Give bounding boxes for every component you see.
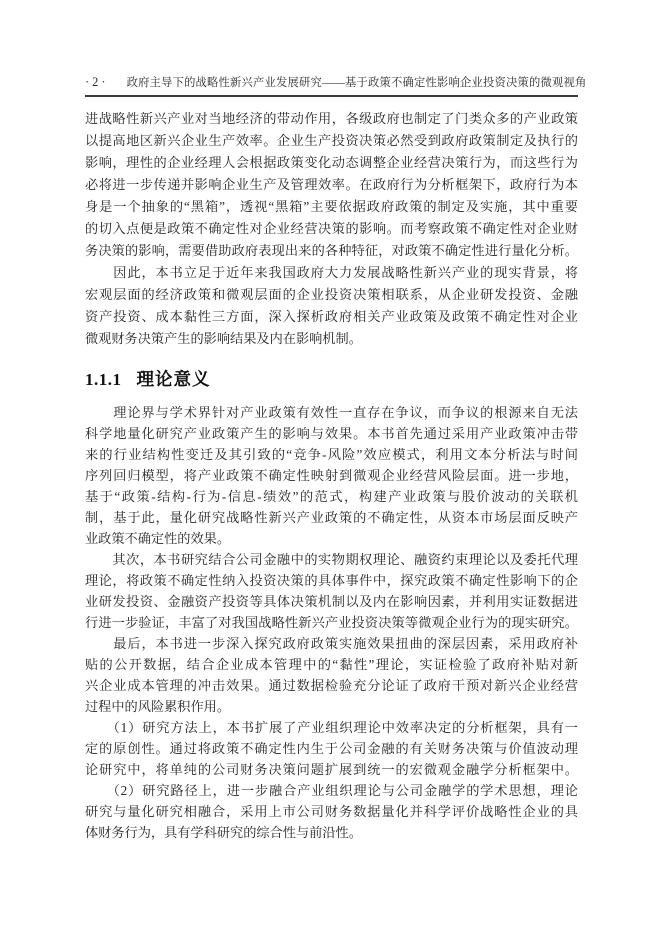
text-line: 业研发投资、金融资产投资等具体决策机制以及内在影响因素，并利用实证数据进 (85, 591, 578, 612)
text-line: 理论，将政策不确定性纳入投资决策的具体事件中，探究政策不确定性影响下的企 (85, 570, 578, 591)
section-heading: 1.1.1理论意义 (85, 366, 578, 392)
running-title: 政府主导下的战略性新兴产业发展研究——基于政策不确定性影响企业投资决策的微观视角 (127, 77, 587, 89)
page: ·2·政府主导下的战略性新兴产业发展研究——基于政策不确定性影响企业投资决策的微… (0, 0, 661, 925)
paragraph: 因此，本书立足于近年来我国政府大力发展战略性新兴产业的现实背景，将宏观层面的经济… (85, 262, 578, 350)
text-line: 业政策不确定性的效果。 (85, 528, 578, 549)
text-line: 序列回归模型，将产业政策不确定性映射到微观企业经营风险层面。进一步地， (85, 465, 578, 486)
text-line: 定的原创性。通过将政策不确定性内生于公司金融的有关财务决策与价值波动理 (85, 738, 578, 759)
text-line: 进战略性新兴产业对当地经济的带动作用，各级政府也制定了门类众多的产业政策 (85, 108, 578, 130)
header-rule (85, 95, 578, 97)
text-line: 影响，理性的企业经理人会根据政策变化动态调整企业经营决策行为，而这些行为 (85, 152, 578, 174)
text-line: 兴企业成本管理的冲击效果。通过数据检验充分论证了政府干预对新兴企业经营 (85, 675, 578, 696)
paragraph: （2）研究路径上，进一步融合产业组织理论与公司金融学的学术思想，理论研究与量化研… (85, 780, 578, 843)
paragraph: （1）研究方法上，本书扩展了产业组织理论中效率决定的分析框架，具有一定的原创性。… (85, 717, 578, 780)
text-line: 资产投资、成本黏性三方面，深入探析政府相关产业政策及政策不确定性对企业 (85, 306, 578, 328)
paragraph: 最后，本书进一步深入探究政府政策实施效果扭曲的深层因素，采用政府补贴的公开数据，… (85, 633, 578, 717)
text-line: 身是一个抽象的“黑箱”，透视“黑箱”主要依据政府政策的制定及实施，其中重要 (85, 196, 578, 218)
text-line: 理论界与学术界针对产业政策有效性一直存在争议，而争议的根源来自无法 (85, 402, 578, 423)
text-line: 宏观层面的经济政策和微观层面的企业投资决策相联系，从企业研发投资、金融 (85, 284, 578, 306)
text-line: 过程中的风险累积作用。 (85, 696, 578, 717)
text-line: 行进一步验证，丰富了对我国战略性新兴产业投资决策等微观企业行为的现实研究。 (85, 612, 578, 633)
text-line: 必将进一步传递并影响企业生产及管理效率。在政府行为分析框架下，政府行为本 (85, 174, 578, 196)
section-title: 理论意义 (137, 369, 211, 389)
text-line: 的切入点便是政策不确定性对企业经营决策的影响。而考察政策不确定性对企业财 (85, 218, 578, 240)
text-line: 最后，本书进一步深入探究政府政策实施效果扭曲的深层因素，采用政府补 (85, 633, 578, 654)
text-line: 务决策的影响，需要借助政府表现出来的各种特征，对政策不确定性进行量化分析。 (85, 240, 578, 262)
text-line: 贴的公开数据，结合企业成本管理中的“黏性”理论，实证检验了政府补贴对新 (85, 654, 578, 675)
body-text: 进战略性新兴产业对当地经济的带动作用，各级政府也制定了门类众多的产业政策以提高地… (85, 108, 578, 843)
section-number: 1.1.1 (85, 370, 122, 389)
text-line: （1）研究方法上，本书扩展了产业组织理论中效率决定的分析框架，具有一 (85, 717, 578, 738)
page-header: ·2·政府主导下的战略性新兴产业发展研究——基于政策不确定性影响企业投资决策的微… (85, 74, 578, 92)
paragraph: 进战略性新兴产业对当地经济的带动作用，各级政府也制定了门类众多的产业政策以提高地… (85, 108, 578, 262)
text-line: 其次，本书研究结合公司金融中的实物期权理论、融资约束理论以及委托代理 (85, 549, 578, 570)
text-line: 研究与量化研究相融合，采用上市公司财务数据量化并科学评价战略性企业的具 (85, 801, 578, 822)
page-number: ·2· (85, 75, 109, 89)
text-line: 来的行业结构性变迁及其引致的“竞争-风险”效应模式，利用文本分析法与时间 (85, 444, 578, 465)
paragraph: 其次，本书研究结合公司金融中的实物期权理论、融资约束理论以及委托代理理论，将政策… (85, 549, 578, 633)
text-line: 微观财务决策产生的影响结果及内在影响机制。 (85, 328, 578, 350)
text-line: 制，基于此，量化研究战略性新兴产业政策的不确定性，从资本市场层面反映产 (85, 507, 578, 528)
text-line: （2）研究路径上，进一步融合产业组织理论与公司金融学的学术思想，理论 (85, 780, 578, 801)
text-line: 体财务行为，具有学科研究的综合性与前沿性。 (85, 822, 578, 843)
text-line: 以提高地区新兴企业生产效率。企业生产投资决策必然受到政府政策制定及执行的 (85, 130, 578, 152)
text-line: 科学地量化研究产业政策产生的影响与效果。本书首先通过采用产业政策冲击带 (85, 423, 578, 444)
text-line: 论研究中，将单纯的公司财务决策问题扩展到统一的宏微观金融学分析框架中。 (85, 759, 578, 780)
paragraph: 理论界与学术界针对产业政策有效性一直存在争议，而争议的根源来自无法科学地量化研究… (85, 402, 578, 549)
text-line: 因此，本书立足于近年来我国政府大力发展战略性新兴产业的现实背景，将 (85, 262, 578, 284)
text-line: 基于“政策-结构-行为-信息-绩效”的范式，构建产业政策与股价波动的关联机 (85, 486, 578, 507)
